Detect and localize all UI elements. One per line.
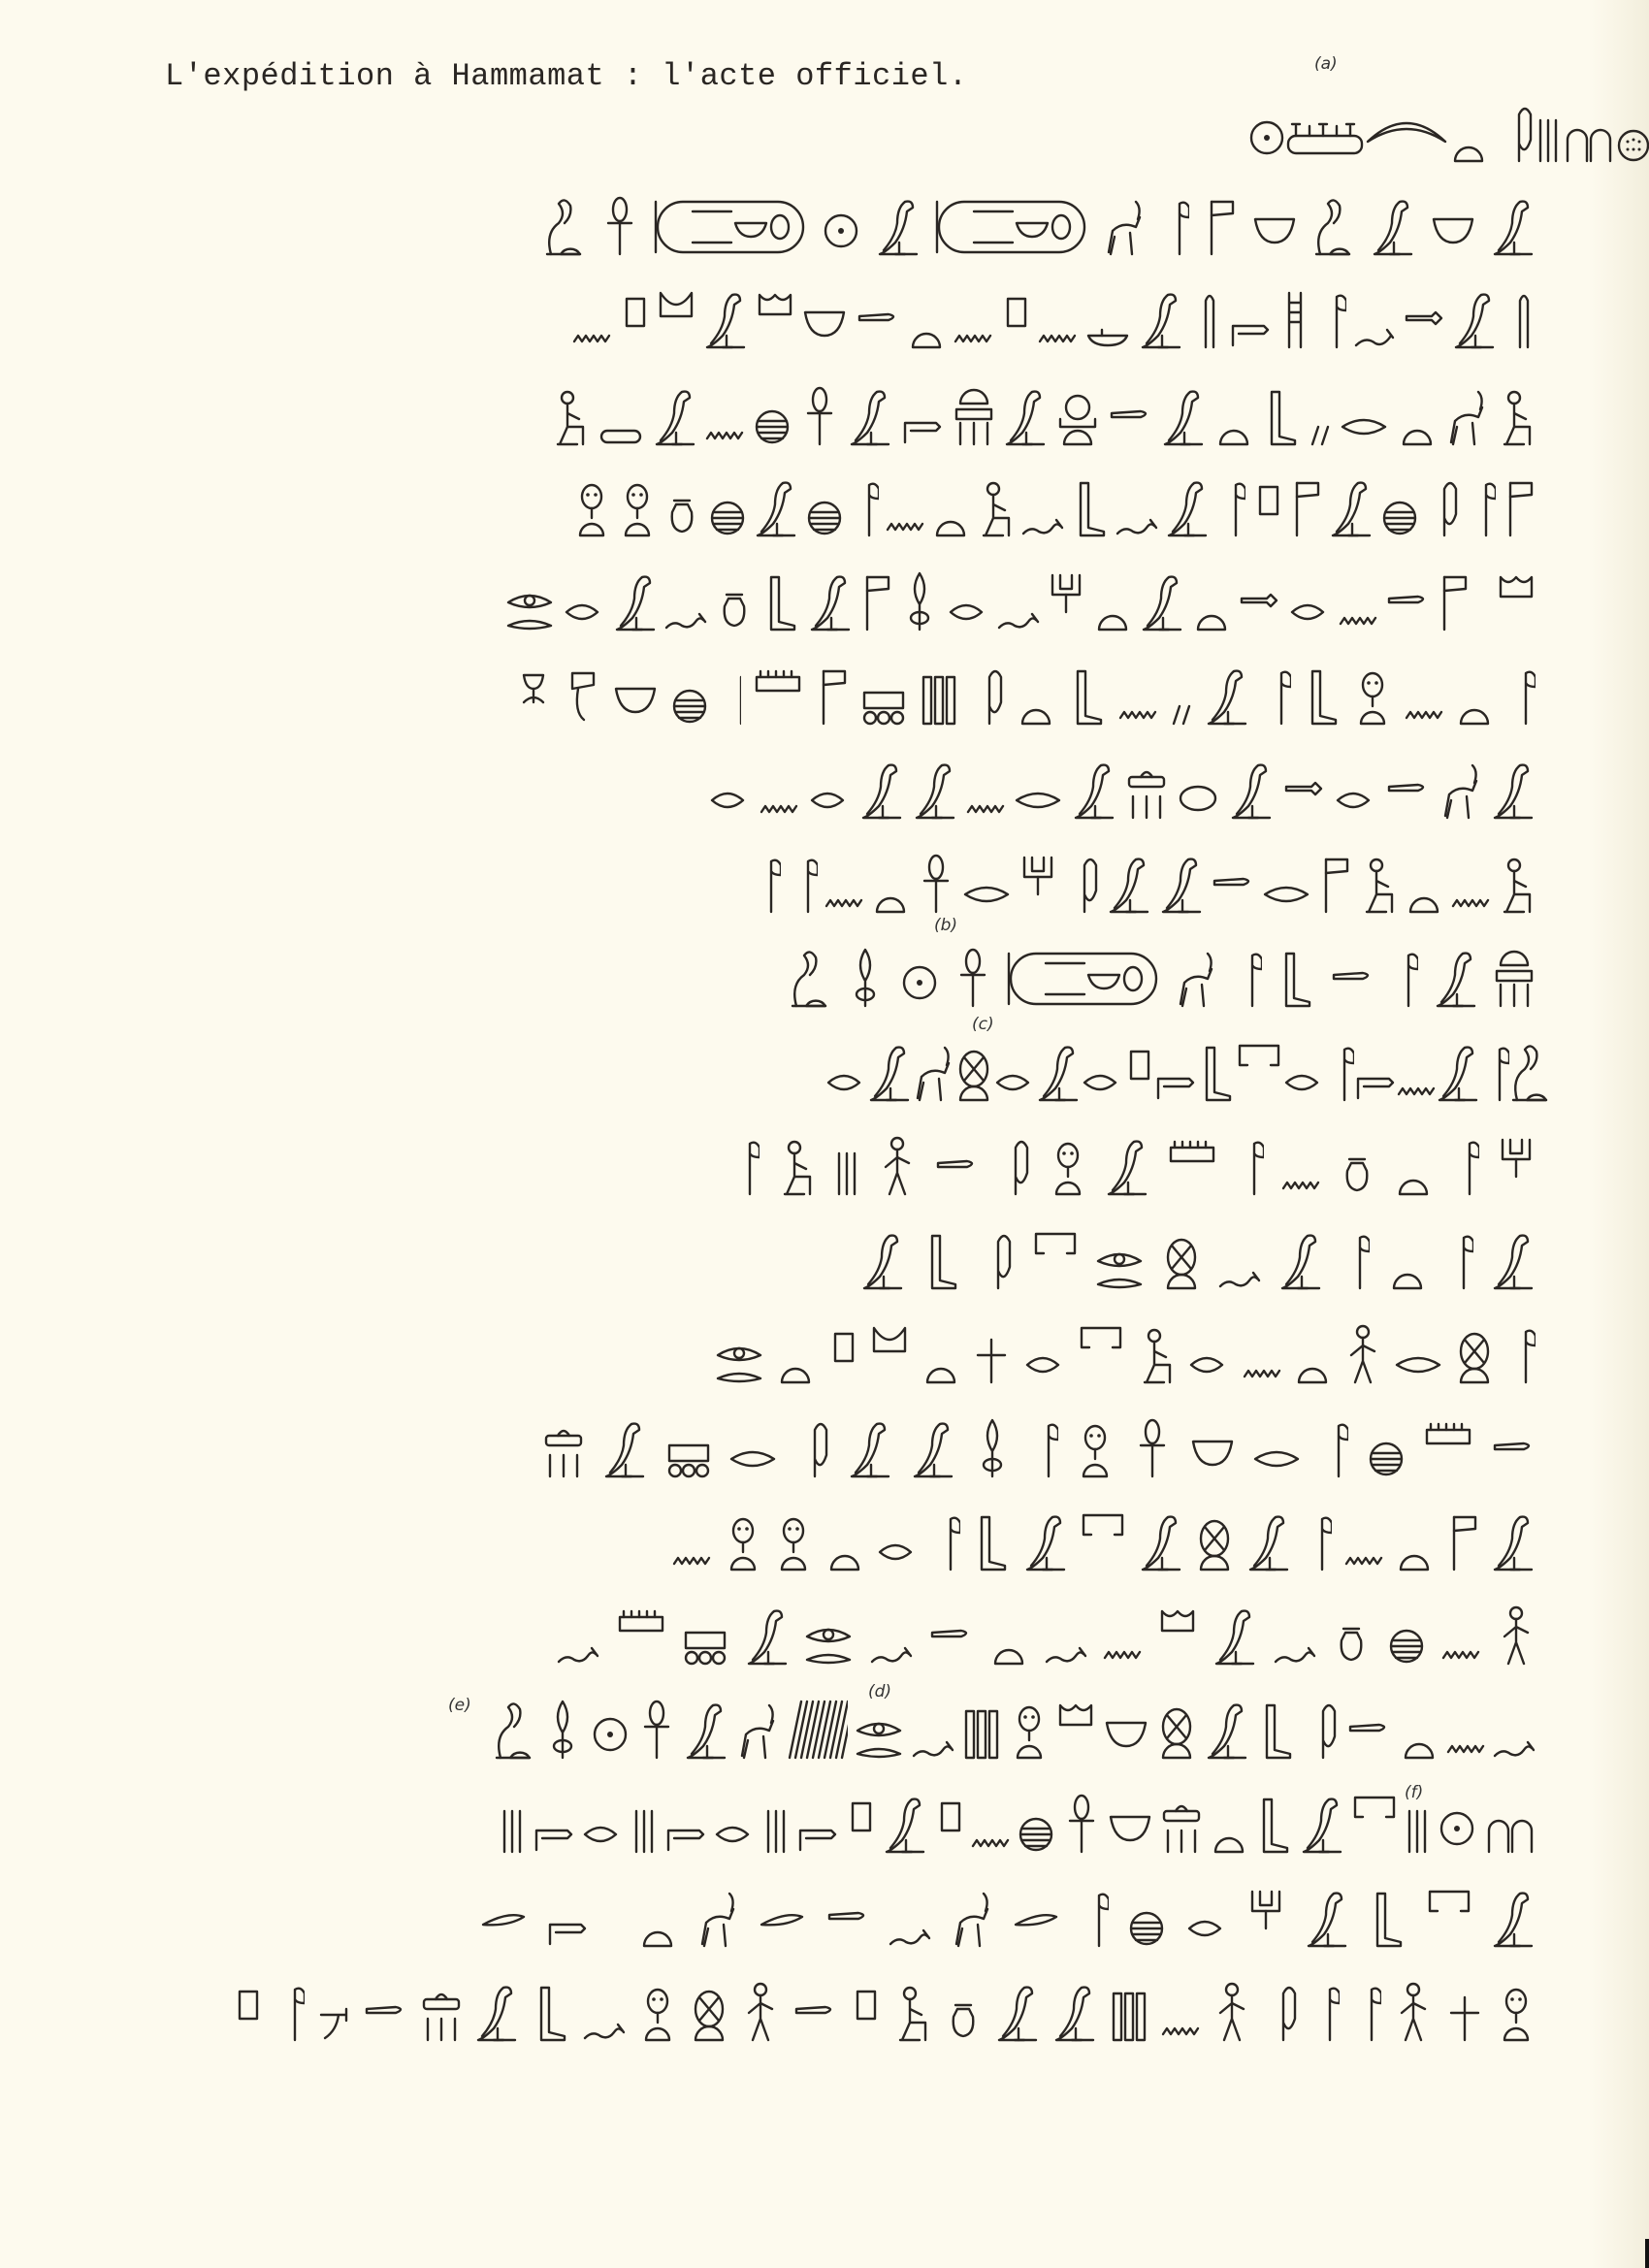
mouth-icon [581,1776,624,1854]
hieroglyph-line [557,1588,1536,1666]
water-icon [1397,1024,1436,1102]
cross-icon [1445,1964,1484,2042]
mouth-icon [713,1776,756,1854]
column-icon [1504,272,1536,349]
quail-icon [1436,1024,1480,1102]
quail-icon [860,1213,905,1290]
hieroglyph-line [514,648,1536,726]
water-icon [971,1776,1010,1854]
standing-figure-icon [1394,1964,1433,2042]
viper-icon [1115,460,1158,537]
hill-icon [565,648,599,726]
quail-icon [1072,742,1116,820]
jar-icon [944,1964,983,2042]
placenta-icon [753,369,792,446]
viper-icon [1045,1588,1087,1666]
eye-icon [506,554,555,632]
reed-icon [1216,460,1245,537]
mouth-icon [563,554,605,632]
reed-icon [1235,1118,1264,1196]
bowl-icon [1189,1401,1236,1478]
vulture-icon [1161,369,1206,446]
canal-icon [870,1307,909,1384]
vulture-icon [1371,178,1415,256]
bread-loaf-icon [1400,1682,1439,1760]
quail-icon [1246,1494,1291,1571]
vulture-icon [1491,1494,1536,1571]
seated-man-icon [1359,836,1398,914]
bowl-icon [801,272,848,349]
face-icon [1010,1682,1049,1760]
eye-icon [805,1588,854,1666]
ankh-icon [954,930,992,1008]
viper-icon [1493,1682,1536,1760]
vulture-icon [602,1401,647,1478]
ka-arms-icon [1047,554,1085,632]
arm-icon [901,369,944,446]
sun-disk-icon [900,930,939,1008]
bee-icon [1103,178,1146,256]
water-icon [1405,648,1443,726]
page-title: L'expédition à Hammamat : l'acte officie… [165,58,968,94]
standing-figure-icon [1497,1588,1536,1666]
mouth-icon [824,1024,867,1102]
plank-icon [753,648,803,726]
falcon-icon [1452,272,1497,349]
rope-icon [795,1401,830,1478]
arches-icon [1483,1776,1536,1854]
hieroglyph-line [752,836,1536,914]
eye-icon [1096,1213,1145,1290]
plant-icon [1444,1213,1473,1290]
ka-arms-icon [1018,836,1057,914]
cobra-icon [1312,178,1355,256]
rope-icon [1065,836,1100,914]
leg-icon [922,1213,961,1290]
arm-icon [1154,1024,1197,1102]
rectangle-icon [850,1964,881,2042]
face-icon [638,1964,677,2042]
pestle-icon [825,1870,870,1948]
altar-icon [1125,742,1168,820]
strokes-icon [630,1776,658,1854]
sun-disk-icon [591,1682,630,1760]
dagger-icon [479,1870,528,1948]
vulture-icon [1165,460,1210,537]
pestle-icon [1385,554,1430,632]
reed-icon [1325,1024,1354,1102]
vulture-icon [1139,1494,1183,1571]
lasso-icon [973,1401,1012,1478]
leg-icon [1262,369,1301,446]
placenta-icon [1380,460,1419,537]
stroke-icon [448,1870,460,1948]
ankh-icon [1133,1401,1172,1478]
vulture-icon [1212,1588,1257,1666]
flag-icon [1318,836,1351,914]
water-icon [760,742,798,820]
viper-icon [870,1588,913,1666]
water-icon [672,1494,711,1571]
mouth-icon [1187,1307,1230,1384]
bowl-icon [1107,1776,1153,1854]
rectangle-icon [827,1307,858,1384]
vulture-icon [1491,1870,1536,1948]
falcon-icon [1300,1776,1344,1854]
mouth-icon [947,554,989,632]
bird-nest-icon [912,1024,954,1102]
face-icon [1497,1964,1536,2042]
placenta-icon [708,460,747,537]
ka-arms-icon [1246,1870,1285,1948]
water-icon [1446,1682,1485,1760]
leg-icon [532,1964,570,2042]
vulture-icon [1159,836,1204,914]
crescent-moon-icon [1364,85,1449,163]
water-icon [1243,1307,1281,1384]
plank-icon [1167,1118,1217,1196]
arm-icon [533,1776,575,1854]
lasso-icon [543,1682,582,1760]
ellipse-icon [1015,742,1063,820]
boat-icon [1084,272,1131,349]
vulture-icon [1205,648,1249,726]
viper-icon [1274,1588,1316,1666]
ellipse-icon [1395,1307,1443,1384]
vulture-icon [1105,1118,1149,1196]
face-icon [618,460,657,537]
seated-woman-icon [1497,836,1536,914]
reed-icon [789,836,818,914]
pestle-icon [934,1118,979,1196]
stroke-icon [1488,85,1500,163]
water-icon [824,836,863,914]
hieroglyph-line [672,1494,1536,1571]
bowl-icon [1103,1682,1149,1760]
ka-arms-icon [1497,1118,1536,1196]
bread-loaf-icon [931,460,970,537]
crossed-circle-icon [1195,1494,1234,1571]
falcon-icon [1003,369,1048,446]
jar-icon [1332,1588,1371,1666]
bread-loaf-icon [921,1307,960,1384]
water-icon [1451,836,1490,914]
ellipse-icon [1263,836,1311,914]
altar-icon [420,1964,463,2042]
enclosure-icon [1426,1870,1472,1948]
lotus-pool-icon [1286,85,1364,163]
rings-icon [682,1588,728,1666]
bread-loaf-icon [1388,1213,1427,1290]
bolt-icon [1403,272,1445,349]
canal-icon [657,272,695,349]
reed-icon [275,1964,305,2042]
fans-icon [1110,1964,1148,2042]
flag-icon [1503,460,1536,537]
quail-icon [1229,742,1274,820]
lasso-icon [846,930,885,1008]
pestle-icon [1330,930,1374,1008]
flag-icon [1204,178,1237,256]
bread-loaf-icon [1017,648,1055,726]
plank-icon [616,1588,666,1666]
bird-icon [995,1964,1040,2042]
columns-icon [920,648,958,726]
rectangle-icon [1252,460,1283,537]
reed-icon [1352,1964,1381,2042]
ellipse-icon [729,1401,778,1478]
rectangle-icon [232,1964,263,2042]
mouth-icon [1288,554,1331,632]
bows-icon [1309,369,1332,446]
cobra-icon [1509,1024,1552,1102]
plant-icon [1341,1213,1370,1290]
vulture-icon [1052,1964,1097,2042]
reed-icon [730,1118,760,1196]
plant-icon [1450,1118,1479,1196]
rectangle-icon [934,1776,965,1854]
figure-icon [741,1964,780,2042]
arm-icon [1354,1024,1397,1102]
viper-icon [912,1682,954,1760]
enclosure-icon [1032,1213,1079,1290]
sun-disk-icon [1247,85,1286,163]
viper-icon [889,1870,931,1948]
hieroglyph-line [542,1401,1536,1478]
seated-man-icon [1137,1307,1176,1384]
reed-icon [1160,178,1189,256]
water-icon [572,272,611,349]
bread-loaf-icon [989,1588,1028,1666]
sun-disk-icon [1438,1776,1476,1854]
quail-icon [1329,460,1374,537]
bowl-icon [1251,178,1298,256]
head-icon [572,460,611,537]
reed-icon [1262,648,1291,726]
viper-icon [557,1588,599,1666]
bread-loaf-icon [871,836,910,914]
bread-loaf-icon [1093,554,1132,632]
bows-icon [1170,648,1193,726]
reed-icon [1080,1870,1109,1948]
bird-icon [684,1682,728,1760]
columns-icon [962,1682,1001,1760]
jar-icon [663,460,701,537]
leg-icon [972,1494,1011,1571]
lacuna-icon [788,1682,848,1760]
rectangle-icon [619,272,650,349]
strokes-icon [499,1776,526,1854]
jar-icon [715,554,754,632]
ankh-icon [600,178,639,256]
bread-loaf-icon [907,272,946,349]
knife-icon [758,1870,806,1948]
flag-icon [859,554,892,632]
seated-men-icon [550,369,589,446]
altar-icon [542,1401,585,1478]
reed-icon [1319,1401,1348,1478]
bolt-icon [1282,742,1325,820]
goose-icon [876,178,921,256]
crossed-circle-icon [690,1964,728,2042]
placenta-icon [1387,1588,1426,1666]
bread-loaf-icon [825,1494,864,1571]
sun-disk-icon [822,178,860,256]
cartouche-icon [935,178,1088,256]
bread-icon [722,648,741,726]
rope-loop-icon [1500,85,1535,163]
strokes-icon [1404,1776,1431,1854]
face-icon [774,1494,813,1571]
vulture-icon [848,369,892,446]
mouth-icon [993,1024,1036,1102]
plant-icon [931,1494,960,1571]
bread-loaf-icon [1398,369,1437,446]
ellipse-icon [963,836,1012,914]
vulture-icon [1491,742,1536,820]
bird-wings-icon [1445,369,1488,446]
bread-loaf-icon [1449,85,1488,163]
mouth-icon [876,1494,919,1571]
bow-icon [317,1964,350,2042]
crossed-circle-icon [1455,1307,1494,1384]
leg-icon [1068,648,1107,726]
mouth-icon [708,742,751,820]
ladder-icon [1279,272,1310,349]
leg-icon [1368,1870,1406,1948]
eye-icon [856,1682,904,1760]
plant-icon [1506,1307,1536,1384]
vulture-icon [703,272,748,349]
vulture-icon [613,554,658,632]
pestle-icon [1346,1682,1391,1760]
reed-icon [752,836,781,914]
rope-icon [970,648,1005,726]
vulture-icon [474,1964,519,2042]
vulture-icon [745,1588,790,1666]
leg-icon [1277,930,1315,1008]
vulture-icon [1023,1494,1068,1571]
bowl-icon [612,648,659,726]
rope-icon [996,1118,1031,1196]
crossed-circle-icon [954,1024,993,1102]
bread-loaf-icon [1293,1307,1332,1384]
vulture-icon [808,554,853,632]
basket-icon [598,369,644,446]
cobra-icon [543,178,586,256]
vulture-icon [1305,1870,1349,1948]
rectangle-icon [845,1776,876,1854]
pestle-icon [1211,836,1255,914]
cup-icon [514,648,553,726]
seated-man-icon [1497,369,1536,446]
beetle-icon [1439,742,1482,820]
vulture-icon [1036,1024,1081,1102]
stone-icon [1177,742,1219,820]
rope-loop-icon [1425,460,1460,537]
water-icon [966,742,1005,820]
plant-icon [1506,648,1536,726]
bread-loaf-icon [776,1307,815,1384]
quail-icon [1140,554,1184,632]
ankh-icon [800,369,839,446]
viper-icon [1218,1213,1261,1290]
flag-icon [1446,1494,1479,1571]
bread-loaf-icon [1394,1118,1433,1196]
cobra-icon [789,930,831,1008]
vulture-icon [1205,1682,1249,1760]
enclosure-icon [1236,1024,1282,1102]
water-icon [1038,272,1077,349]
quail-icon [1107,836,1151,914]
falcon-icon [1491,178,1536,256]
mouth-icon [1185,1870,1228,1948]
rope-icon [979,1213,1014,1290]
page-edge-corner [1645,2239,1649,2268]
pestle-icon [1491,1401,1536,1478]
rectangle-icon [1000,272,1031,349]
bread-loaf-icon [1405,836,1443,914]
rope-icon [1264,1964,1299,2042]
crossed-circle-icon [1162,1213,1201,1290]
placenta-icon [670,648,709,726]
mouth-icon [1282,1024,1325,1102]
leg-icon [1257,1682,1296,1760]
cartouche-icon [654,178,807,256]
water-icon [1441,1588,1480,1666]
cartouche-icon [1007,930,1160,1008]
water-icon [954,272,992,349]
reed-icon [1467,460,1496,537]
arm-icon [796,1776,839,1854]
bread-loaf-icon [1210,1776,1248,1854]
mouth-icon [1023,1307,1066,1384]
mouth-icon [1081,1024,1123,1102]
head-icon [724,1494,762,1571]
man-seated-icon [976,460,1015,537]
rings-icon [860,648,907,726]
hieroglyph-line [708,742,1536,820]
striding-man-icon [878,1118,917,1196]
cobra-icon [493,1682,535,1760]
placenta-icon [1127,1870,1166,1948]
altar-icon [1160,1776,1203,1854]
strokes-icon [762,1776,790,1854]
bread-loaf-icon [638,1870,677,1948]
eye-icon [716,1307,764,1384]
crown-icon [1497,554,1536,632]
plank-icon [1423,1401,1473,1478]
mouth-icon [1334,742,1376,820]
pestle-icon [1385,742,1430,820]
hieroglyph-line [716,1307,1536,1384]
leg-icon [1303,648,1342,726]
water-icon [1103,1588,1142,1666]
pestle-icon [928,1588,973,1666]
stroke-icon [1477,554,1489,632]
stroke-icon [608,1870,620,1948]
hieroglyph-line [543,178,1536,256]
reed-icon [1389,930,1418,1008]
water-icon [705,369,744,446]
water-icon [1344,1494,1383,1571]
hieroglyph-line [448,1870,1536,1948]
arm-icon [1229,272,1272,349]
viper-icon [664,554,707,632]
note-marker-a: (a) [1314,54,1338,74]
jar-icon [1338,1118,1376,1196]
bee-icon [1175,930,1217,1008]
